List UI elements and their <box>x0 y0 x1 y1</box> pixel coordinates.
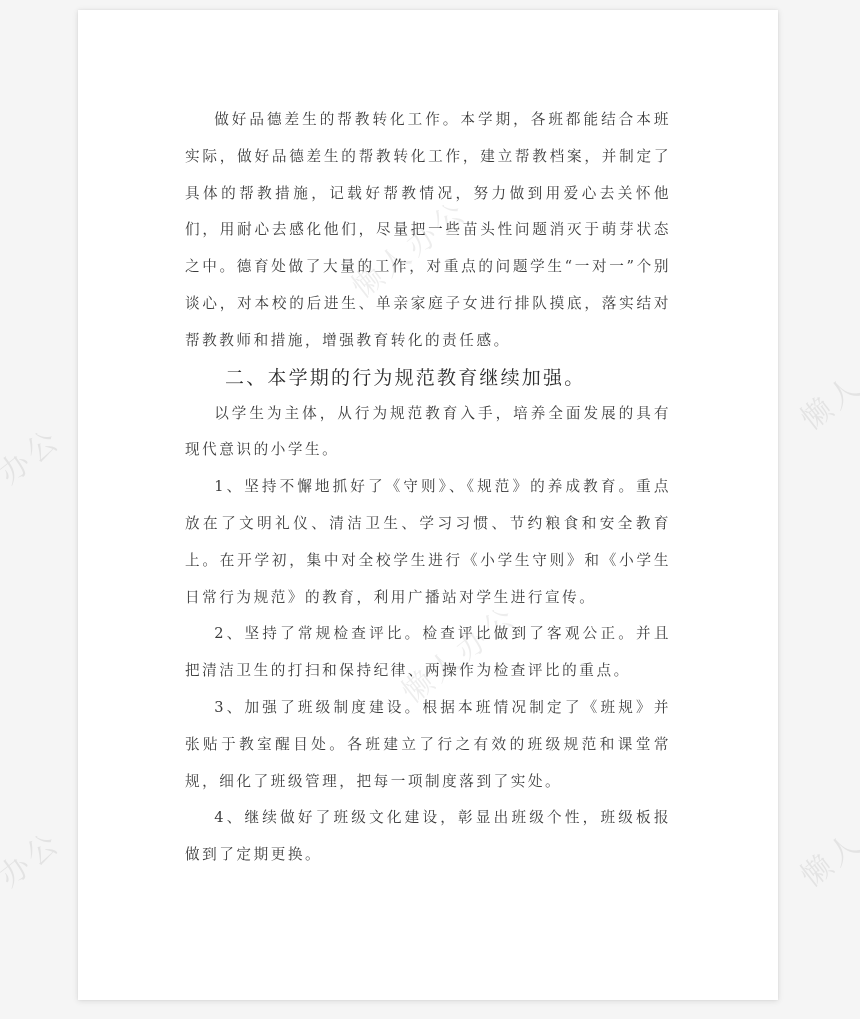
watermark-left-bottom: 办公 <box>0 819 68 896</box>
paragraph-item-3: 3、加强了班级制度建设。根据本班情况制定了《班规》并张贴于教室醒目处。各班建立了… <box>185 690 671 800</box>
watermark-left-mid: 办公 <box>0 416 68 493</box>
watermark-right-bottom: 懒人 <box>790 819 860 896</box>
section-heading-behavior: 二、本学期的行为规范教育继续加强。 <box>185 360 671 396</box>
paragraph-item-2: 2、坚持了常规检查评比。检查评比做到了客观公正。并且把清洁卫生的打扫和保持纪律、… <box>185 616 671 690</box>
document-page: 做好品德差生的帮教转化工作。本学期，各班都能结合本班实际，做好品德差生的帮教转化… <box>78 10 778 1000</box>
paragraph-intro: 以学生为主体，从行为规范教育入手，培养全面发展的具有现代意识的小学生。 <box>185 396 671 470</box>
paragraph-item-4: 4、继续做好了班级文化建设，彰显出班级个性，班级板报做到了定期更换。 <box>185 800 671 874</box>
paragraph-mentoring: 做好品德差生的帮教转化工作。本学期，各班都能结合本班实际，做好品德差生的帮教转化… <box>185 102 671 360</box>
watermark-right-top: 懒人 <box>790 362 860 439</box>
paragraph-item-1: 1、坚持不懈地抓好了《守则》、《规范》的养成教育。重点放在了文明礼仪、清洁卫生、… <box>185 469 671 616</box>
document-body: 做好品德差生的帮教转化工作。本学期，各班都能结合本班实际，做好品德差生的帮教转化… <box>185 102 671 874</box>
